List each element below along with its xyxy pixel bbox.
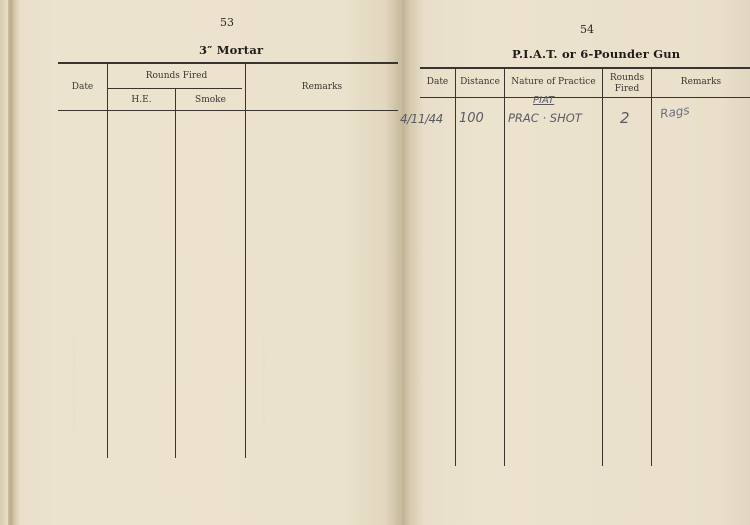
book-edge <box>8 0 14 525</box>
header-smoke: Smoke <box>176 95 245 106</box>
left-page: ······································· … <box>0 0 402 525</box>
column-divider <box>455 68 456 466</box>
page-number: 53 <box>220 16 234 29</box>
column-divider <box>504 68 505 466</box>
right-page: 54 P.I.A.T. or 6-Pounder Gun Date Distan… <box>402 0 750 525</box>
header-bottom-rule <box>58 110 398 111</box>
table-top-rule <box>58 62 398 64</box>
table-top-rule <box>420 67 750 69</box>
handwritten-remarks: Rags <box>659 103 690 121</box>
open-book: ······································· … <box>0 0 750 525</box>
header-remarks: Remarks <box>652 77 750 88</box>
column-divider <box>245 63 246 458</box>
column-divider <box>651 68 652 466</box>
handwritten-distance: 100 <box>459 111 484 126</box>
column-divider <box>175 89 176 458</box>
handwritten-nature-of-practice: PRAC · SHOT <box>508 111 582 125</box>
bleed-through-text: ······································· <box>70 285 80 435</box>
page-title: P.I.A.T. or 6-Pounder Gun <box>512 47 680 61</box>
header-rounds-fired: Rounds Fired <box>108 71 245 82</box>
header-date: Date <box>420 77 455 88</box>
header-rounds-fired: Rounds Fired <box>603 73 651 95</box>
column-divider <box>602 68 603 466</box>
header-he: H.E. <box>108 95 175 106</box>
column-divider <box>107 63 108 458</box>
header-bottom-rule <box>420 97 750 98</box>
handwritten-practice-annotation: PIAT <box>533 95 554 106</box>
page-number: 54 <box>580 23 594 36</box>
header-date: Date <box>58 82 107 93</box>
bleed-through-text: ······································· <box>260 280 270 430</box>
header-nature-of-practice: Nature of Practice <box>505 77 602 88</box>
handwritten-rounds-fired: 2 <box>620 109 630 127</box>
page-title: 3″ Mortar <box>199 43 263 57</box>
header-remarks: Remarks <box>246 82 398 93</box>
header-distance: Distance <box>456 77 504 88</box>
handwritten-date: 4/11/44 <box>400 112 443 126</box>
